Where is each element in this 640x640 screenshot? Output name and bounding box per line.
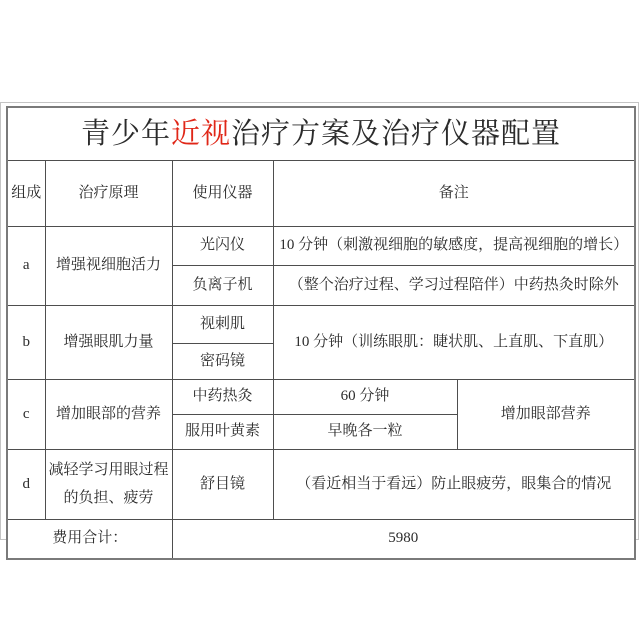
title-highlight: 近视: [171, 118, 231, 150]
footer-total-label: 费用合计：: [7, 520, 172, 560]
cell-c-remark-2: 早晚各一粒: [273, 415, 457, 450]
header-composition: 组成: [7, 161, 45, 227]
cell-a-principle: 增强视细胞活力: [45, 227, 172, 306]
cell-c-remark-1: 60 分钟: [273, 380, 457, 415]
cell-b-id: b: [7, 306, 45, 380]
treatment-plan-table: 青少年近视治疗方案及治疗仪器配置 组成 治疗原理 使用仪器 备注 a 增强视细胞…: [6, 106, 636, 560]
cell-d-device: 舒目镜: [172, 450, 273, 520]
cell-a-device-1: 光闪仪: [172, 227, 273, 266]
cell-a-device-2: 负离子机: [172, 266, 273, 306]
cell-c-device-1: 中药热灸: [172, 380, 273, 415]
table-title: 青少年近视治疗方案及治疗仪器配置: [7, 107, 635, 161]
cell-c-principle: 增加眼部的营养: [45, 380, 172, 450]
table-header-row: 组成 治疗原理 使用仪器 备注: [7, 161, 635, 227]
table-row-d: d 减轻学习用眼过程的负担、疲劳 舒目镜 （看近相当于看远）防止眼疲劳，眼集合的…: [7, 450, 635, 520]
cell-b-principle: 增强眼肌力量: [45, 306, 172, 380]
cell-d-principle: 减轻学习用眼过程的负担、疲劳: [45, 450, 172, 520]
title-suffix: 治疗方案及治疗仪器配置: [231, 118, 561, 150]
page-canvas: 青少年近视治疗方案及治疗仪器配置 组成 治疗原理 使用仪器 备注 a 增强视细胞…: [0, 0, 640, 640]
header-device: 使用仪器: [172, 161, 273, 227]
header-principle: 治疗原理: [45, 161, 172, 227]
cell-a-remark-2: （整个治疗过程、学习过程陪伴）中药热灸时除外: [273, 266, 635, 306]
cell-b-remark: 10 分钟（训练眼肌：睫状肌、上直肌、下直肌）: [273, 306, 635, 380]
title-prefix: 青少年: [81, 118, 171, 150]
cell-b-device-2: 密码镜: [172, 344, 273, 380]
table-row-c-1: c 增加眼部的营养 中药热灸 60 分钟 增加眼部营养: [7, 380, 635, 415]
cell-b-device-1: 视刺肌: [172, 306, 273, 344]
cell-c-id: c: [7, 380, 45, 450]
cell-a-id: a: [7, 227, 45, 306]
cell-a-remark-1: 10 分钟（刺激视细胞的敏感度，提高视细胞的增长）: [273, 227, 635, 266]
cell-d-remark: （看近相当于看远）防止眼疲劳，眼集合的情况: [273, 450, 635, 520]
footer-total-value: 5980: [172, 520, 635, 560]
table-row-a-1: a 增强视细胞活力 光闪仪 10 分钟（刺激视细胞的敏感度，提高视细胞的增长）: [7, 227, 635, 266]
table-title-row: 青少年近视治疗方案及治疗仪器配置: [7, 107, 635, 161]
cell-c-device-2: 服用叶黄素: [172, 415, 273, 450]
table-footer-row: 费用合计： 5980: [7, 520, 635, 560]
table-row-b-1: b 增强眼肌力量 视刺肌 10 分钟（训练眼肌：睫状肌、上直肌、下直肌）: [7, 306, 635, 344]
cell-d-id: d: [7, 450, 45, 520]
header-remark: 备注: [273, 161, 635, 227]
cell-c-remark-merged: 增加眼部营养: [457, 380, 635, 450]
